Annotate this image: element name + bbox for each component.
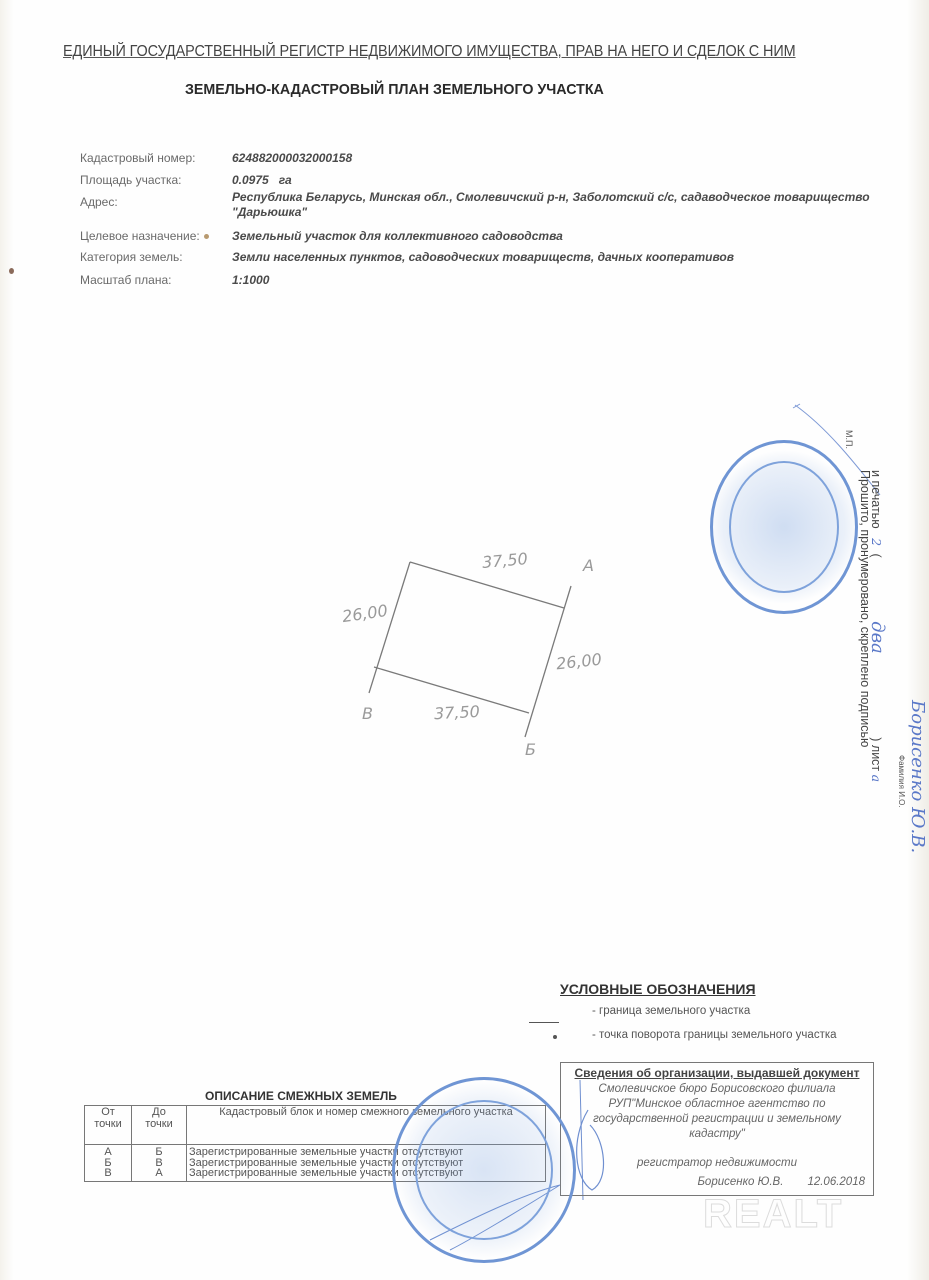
side-bottom-length: 37,50 [434,702,481,723]
issue-date: 12.06.2018 [807,1176,865,1188]
sheet-count-digit: 2 [869,538,884,546]
sheet-count-words: два [867,621,888,654]
organization-line: государственной регистрации и земельному [561,1112,873,1127]
stamp-place-label: М.П. [844,430,854,449]
point-a-label: А [583,556,594,575]
point-v-label: В [362,704,373,723]
organization-line: кадастру" [561,1127,873,1142]
certification-block: Прошито, пронумеровано, скреплено подпис… [838,430,928,850]
from-point: В [85,1168,131,1179]
column-header-to: Доточки [132,1106,187,1145]
column-header-from: Отточки [85,1106,132,1145]
official-stamp-bottom [392,1077,576,1263]
registrar-name: Борисенко Ю.В. [697,1176,783,1188]
registrar-line: Борисенко Ю.В.12.06.2018 [697,1176,865,1188]
stamp-inner-ring [415,1100,553,1240]
side-top-length: 37,50 [481,549,528,572]
from-points-cell: А Б В [85,1145,132,1182]
legend-point-symbol [553,1035,557,1039]
organization-line: РУП"Минское областное агентство по [561,1097,873,1112]
organization-text: Смолевичское бюро Борисовского филиала Р… [561,1082,873,1142]
legend-title: УСЛОВНЫЕ ОБОЗНАЧЕНИЯ [560,981,756,997]
legend-item-boundary: - граница земельного участка [592,1005,750,1017]
to-points-cell: Б В А [132,1145,187,1182]
organization-box: Сведения об организации, выдавшей докуме… [560,1062,874,1196]
sheet-word: ) лист [869,737,883,771]
certification-prefix: и печатью [869,470,883,529]
adjacent-lands-title: ОПИСАНИЕ СМЕЖНЫХ ЗЕМЕЛЬ [205,1089,397,1103]
registrar-role: регистратор недвижимости [561,1157,873,1169]
sheet-suffix: а [869,775,884,782]
fio-caption: Фамилия И.О. [897,755,906,808]
organization-line: Смолевичское бюро Борисовского филиала [561,1082,873,1097]
legend-item-turning-point: - точка поворота границы земельного учас… [592,1029,837,1041]
signature-name: Борисенко Ю.В. [907,700,928,853]
realt-watermark: REALT [703,1192,843,1237]
stamp-inner-ring [729,461,839,593]
official-stamp-right [710,440,858,614]
certification-line2: и печатью 2 ( два ) лист а [867,470,888,782]
from-point: А [85,1147,131,1158]
legend-boundary-symbol [529,1022,559,1023]
to-point: А [132,1168,186,1179]
point-b-label: Б [525,740,536,759]
to-point: Б [132,1147,186,1158]
organization-title: Сведения об организации, выдавшей докуме… [561,1066,873,1080]
